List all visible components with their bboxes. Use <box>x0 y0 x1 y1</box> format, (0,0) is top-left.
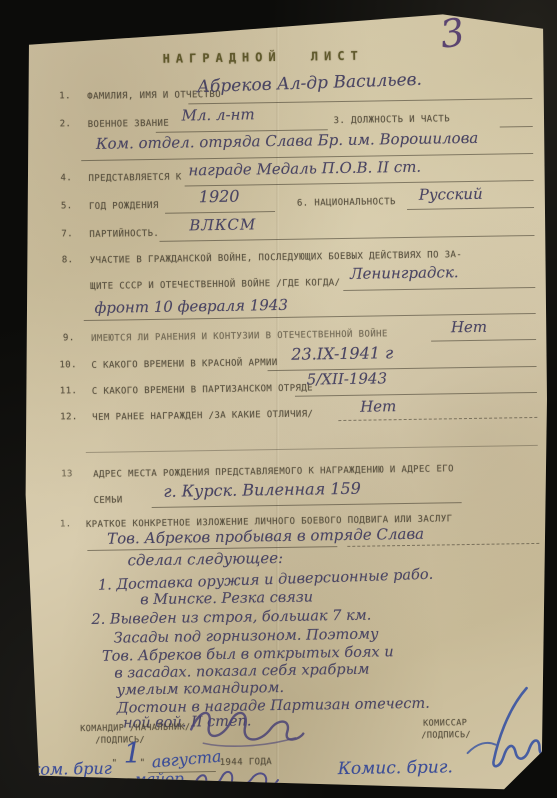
field-10-number: 10. <box>59 360 77 370</box>
commander-signature <box>183 698 309 755</box>
field-5-label: ГОД РОЖДЕНИЯ <box>89 201 159 212</box>
field-7-label: ПАРТИЙНОСТЬ. <box>89 229 159 240</box>
form-line <box>160 235 535 242</box>
field-13-value: г. Курск. Виленная 159 <box>163 479 361 501</box>
field-12-value: Нет <box>360 397 396 416</box>
field-8-value-line2: фронт 10 февраля 1943 <box>94 296 288 317</box>
field-5-value: 1920 <box>199 187 240 207</box>
citation-line-4: в Минске. Резка связи <box>140 589 313 608</box>
form-line <box>165 211 275 214</box>
citation-line-1: Тов. Абреков пробывая в отряде Слава <box>107 525 424 548</box>
commissar-signature <box>456 682 557 776</box>
field-13-label-line2: СЕМЬИ <box>93 495 122 505</box>
date-left-note: ком. бриг <box>31 759 112 779</box>
field-11-label: С КАКОГО ВРЕМЕНИ В ПАРТИЗАНСКОМ ОТРЯДЕ <box>92 383 313 396</box>
commander-label: КОМАНДИР /НАЧАЛЬНИК/ <box>80 722 191 734</box>
form-content: НАГРАДНОЙ ЛИСТ 3 1. ФАМИЛИЯ, ИМЯ И ОТЧЕС… <box>0 0 557 798</box>
field-13-number: 13 <box>61 469 73 479</box>
field-8-value-line1: Ленинградск. <box>350 263 459 283</box>
field-4-number: 4. <box>60 173 72 183</box>
field-5-number: 5. <box>61 201 73 211</box>
form-line <box>152 502 462 508</box>
date-right-note: Комис. бриг. <box>338 757 453 779</box>
field-7-number: 7. <box>61 229 73 239</box>
field-14-number: 1. <box>60 519 72 529</box>
field-4-label: ПРЕДСТАВЛЯЕТСЯ К <box>88 172 181 183</box>
citation-line-8: в засадах. показал себя храбрым <box>114 662 369 682</box>
field-1-number: 1. <box>59 91 71 101</box>
form-line <box>500 126 533 128</box>
field-6-label: 6. НАЦИОНАЛЬНОСТЬ <box>297 197 396 209</box>
form-line <box>338 417 537 421</box>
form-line <box>86 445 538 453</box>
page-number: 3 <box>437 10 468 57</box>
form-line <box>188 98 532 104</box>
field-9-label: ИМЕЮТСЯ ЛИ РАНЕНИЯ И КОНТУЗИИ В ОТЕЧЕСТВ… <box>91 329 388 344</box>
rank-signature <box>190 762 282 795</box>
field-10-label: С КАКОГО ВРЕМЕНИ В КРАСНОЙ АРМИИ <box>91 358 277 371</box>
citation-line-5: 2. Выведен из строя, большак 7 км. <box>91 608 371 628</box>
date-rank: майор <box>134 770 184 789</box>
form-line <box>343 287 535 291</box>
field-2-value: Мл. л-нт <box>181 105 254 124</box>
citation-line-2: сделал следующее: <box>127 549 283 569</box>
field-11-value: 5/XII-1943 <box>307 369 388 388</box>
document-paper: НАГРАДНОЙ ЛИСТ 3 1. ФАМИЛИЯ, ИМЯ И ОТЧЕС… <box>0 0 557 798</box>
quote-close: " <box>140 758 146 768</box>
field-8-number: 8. <box>62 255 74 265</box>
form-line <box>431 339 536 342</box>
field-2-label: ВОЕННОЕ ЗВАНИЕ <box>88 119 170 130</box>
field-10-value: 23.IX-1941 г <box>291 343 393 364</box>
field-4-value: награде Медаль П.О.В. II ст. <box>188 158 421 180</box>
field-12-number: 12. <box>60 412 78 422</box>
field-2-number: 2. <box>60 119 72 129</box>
field-7-value: ВЛКСМ <box>189 215 256 234</box>
form-line <box>347 543 539 547</box>
field-12-label: ЧЕМ РАНЕЕ НАГРАЖДЕН /ЗА КАКИЕ ОТЛИЧИЯ/ <box>92 409 313 422</box>
field-3-value: Ком. отдел. отряда Слава Бр. им. Ворошил… <box>96 129 479 153</box>
citation-line-9: умелым командиром. <box>116 680 284 699</box>
citation-line-6: Засады под горнизоном. Поэтому <box>114 626 379 646</box>
field-6-value: Русский <box>419 185 483 204</box>
field-3-label: 3. ДОЛЖНОСТЬ И ЧАСТЬ <box>334 114 451 126</box>
document-title: НАГРАДНОЙ ЛИСТ <box>163 49 364 66</box>
field-11-number: 11. <box>60 386 78 396</box>
quote-open: " <box>112 759 118 769</box>
field-9-number: 9. <box>63 333 75 343</box>
field-9-value: Нет <box>451 318 487 337</box>
form-line <box>295 392 537 397</box>
field-1-value: Абреков Ал-др Васильев. <box>197 70 422 97</box>
form-line <box>407 207 534 210</box>
field-8-label-line2: ЩИТЕ СССР И ОТЕЧЕСТВЕННОЙ ВОЙНЕ /ГДЕ КОГ… <box>90 278 340 292</box>
field-13-label-line1: АДРЕС МЕСТА РОЖДЕНИЯ ПРЕДСТАВЛЯЕМОГО К Н… <box>93 464 454 480</box>
